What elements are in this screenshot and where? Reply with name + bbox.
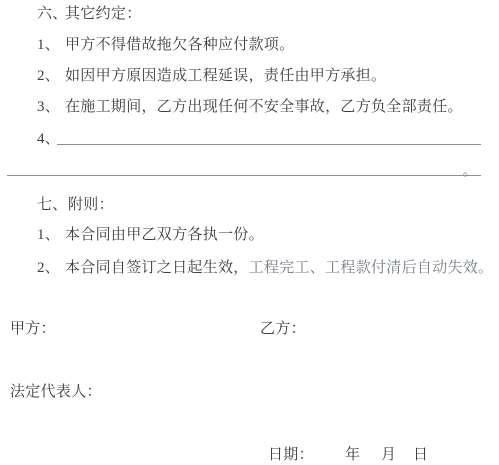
clause-number: 1、: [37, 37, 65, 54]
blank-line-period: 。: [463, 160, 476, 179]
day-label: 日: [413, 447, 428, 464]
legal-representative-label: 法定代表人：: [10, 384, 102, 401]
month-label: 月: [381, 447, 396, 464]
clause-number: 2、: [37, 260, 65, 277]
blank-fill-line-2: [7, 175, 481, 176]
clause-item: 2、本合同自签订之日起生效，工程完工、工程款付清后自动失效。: [37, 260, 493, 277]
clause-number: 3、: [37, 99, 65, 116]
section-six-heading-text: 其它约定：: [65, 6, 142, 22]
clause-number: 2、: [37, 68, 65, 85]
party-a-label: 甲方：: [10, 321, 56, 338]
clause-text: 如因甲方原因造成工程延误，责任由甲方承担。: [65, 68, 386, 84]
date-label: 日期：: [268, 447, 314, 464]
section-six-heading: 六、其它约定：: [37, 6, 142, 23]
clause-number: 4、: [37, 131, 65, 148]
contract-page: 六、其它约定： 1、甲方不得借故拖欠各种应付款项。 2、如因甲方原因造成工程延误…: [0, 0, 499, 465]
section-seven-heading-number: 七、: [37, 197, 65, 214]
clause-item: 4、: [37, 131, 65, 148]
clause-text: 本合同由甲乙双方各执一份。: [65, 227, 264, 243]
clause-item: 2、如因甲方原因造成工程延误，责任由甲方承担。: [37, 68, 386, 85]
clause-text-continued: 工程完工、工程款付清后自动失效。: [249, 260, 494, 276]
clause-number: 1、: [37, 227, 65, 244]
clause-item: 1、本合同由甲乙双方各执一份。: [37, 227, 264, 244]
clause-text: 在施工期间，乙方出现任何不安全事故，乙方负全部责任。: [65, 99, 463, 115]
year-label: 年: [345, 447, 360, 464]
clause-text: 甲方不得借故拖欠各种应付款项。: [65, 37, 295, 53]
clause-text: 本合同自签订之日起生效，: [65, 260, 249, 276]
blank-fill-line-1: [57, 144, 481, 145]
section-seven-heading: 七、附则：: [37, 197, 114, 214]
section-seven-heading-text: 附则：: [68, 197, 114, 213]
clause-item: 1、甲方不得借故拖欠各种应付款项。: [37, 37, 295, 54]
section-six-heading-number: 六、: [37, 6, 65, 23]
party-b-label: 乙方：: [260, 321, 306, 338]
clause-item: 3、在施工期间，乙方出现任何不安全事故，乙方负全部责任。: [37, 99, 463, 116]
